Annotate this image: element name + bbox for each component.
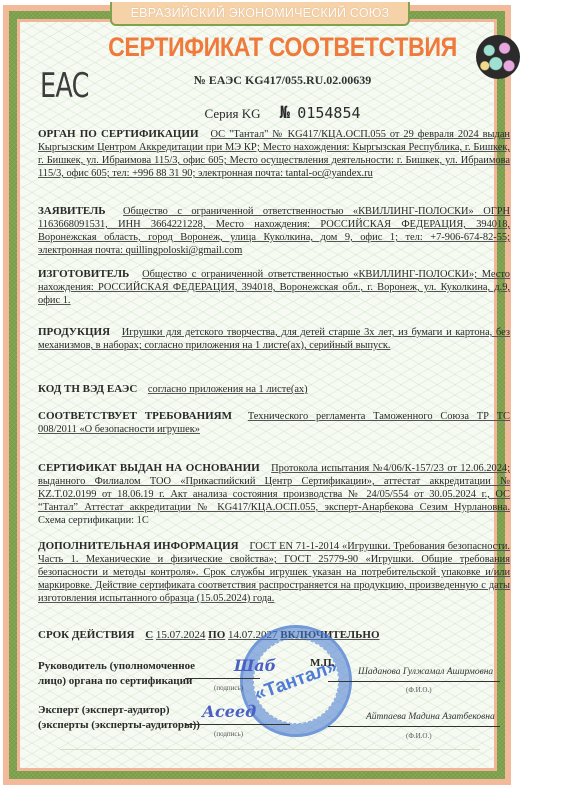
name-caption: (Ф.И.О.) <box>406 686 432 694</box>
head-signature: Шаб <box>234 656 276 675</box>
expert-label: Эксперт (эксперт-аудитор) (эксперты (экс… <box>38 703 200 733</box>
head-name-line <box>328 681 500 682</box>
expert-signature: Асеед <box>202 702 256 721</box>
expert-name: Айтпаева Мадина Азатбековна <box>366 712 495 722</box>
footer-divider <box>60 749 480 750</box>
signature-caption: (подпись) <box>214 730 243 738</box>
signature-block: Руководитель (уполномоченное лицо) орган… <box>38 0 510 800</box>
expert-signature-line <box>185 724 290 725</box>
head-label: Руководитель (уполномоченное лицо) орган… <box>38 659 195 689</box>
head-name: Шаданова Гулжамал Аширмовна <box>358 667 493 677</box>
signature-caption: (подпись) <box>214 684 243 692</box>
head-signature-line <box>185 678 260 679</box>
union-banner: ЕВРАЗИЙСКИЙ ЭКОНОМИЧЕСКИЙ СОЮЗ <box>110 2 410 26</box>
name-caption: (Ф.И.О.) <box>406 732 432 740</box>
seal-label: М.П. <box>310 657 334 669</box>
expert-name-line <box>328 726 500 727</box>
